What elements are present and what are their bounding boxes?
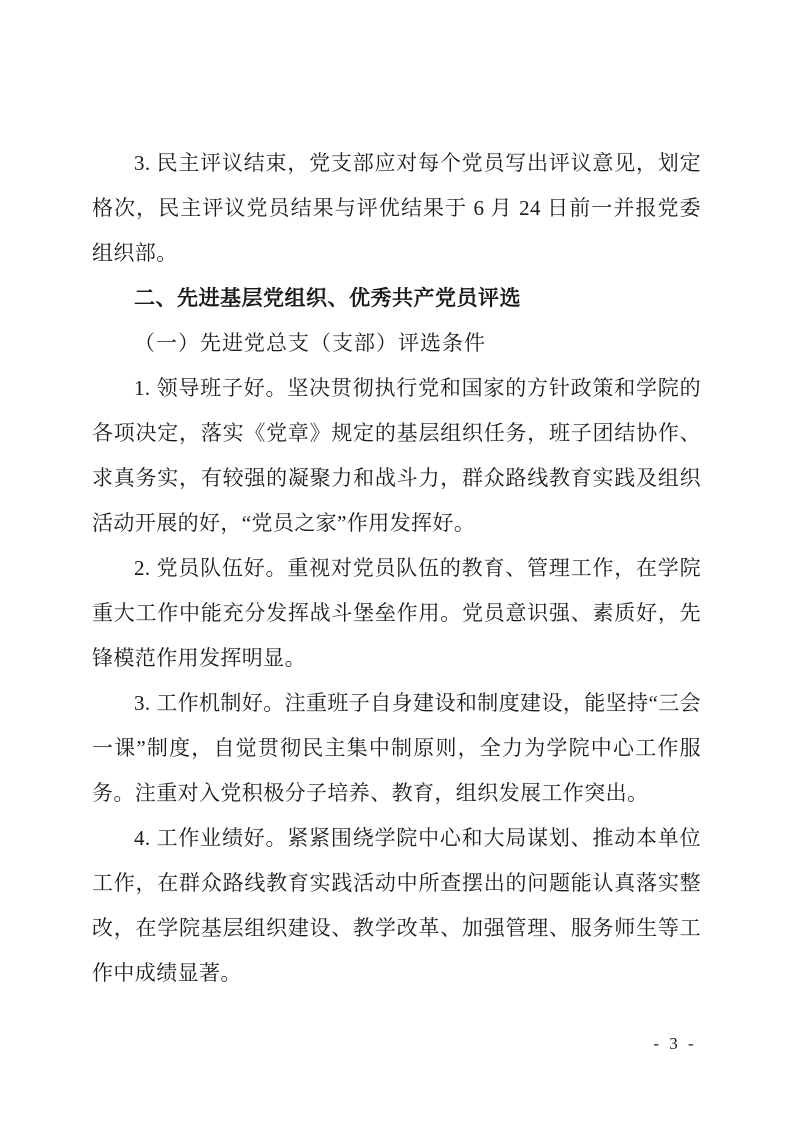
paragraph-democratic-review: 3. 民主评议结束，党支部应对每个党员写出评议意见，划定格次，民主评议党员结果与…	[92, 141, 701, 276]
subsection-heading-criteria: （一）先进党总支（支部）评选条件	[92, 321, 701, 366]
section-heading-selection: 二、先进基层党组织、优秀共产党员评选	[92, 276, 701, 321]
paragraph-criterion-work-mechanism: 3. 工作机制好。注重班子自身建设和制度建设，能坚持“三会一课”制度，自觉贯彻民…	[92, 681, 701, 816]
paragraph-criterion-work-performance: 4. 工作业绩好。紧紧围绕学院中心和大局谋划、推动本单位工作，在群众路线教育实践…	[92, 816, 701, 996]
page-number: - 3 -	[645, 1031, 705, 1057]
paragraph-criterion-party-members: 2. 党员队伍好。重视对党员队伍的教育、管理工作，在学院重大工作中能充分发挥战斗…	[92, 546, 701, 681]
document-page: 3. 民主评议结束，党支部应对每个党员写出评议意见，划定格次，民主评议党员结果与…	[0, 0, 793, 1122]
document-text-block: 3. 民主评议结束，党支部应对每个党员写出评议意见，划定格次，民主评议党员结果与…	[92, 141, 701, 996]
paragraph-criterion-leadership: 1. 领导班子好。坚决贯彻执行党和国家的方针政策和学院的各项决定，落实《党章》规…	[92, 366, 701, 546]
